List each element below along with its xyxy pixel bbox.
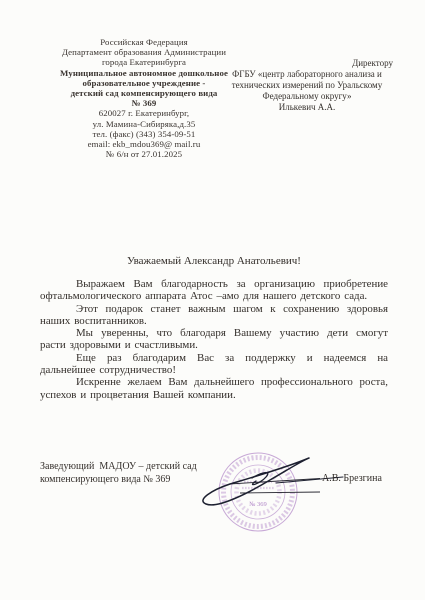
body-paragraph: Выражаем Вам благодарность за организаци… bbox=[40, 278, 388, 303]
signature-position-line: Заведующий МАДОУ – детский сад bbox=[40, 461, 197, 472]
signature-name: А.В. Брезгина bbox=[322, 473, 382, 484]
body-paragraph: Искренне желаем Вам дальнейшего професси… bbox=[40, 376, 388, 401]
letter-body: Выражаем Вам благодарность за организаци… bbox=[40, 278, 388, 401]
addressee-name: Илькевич А.А. bbox=[211, 102, 403, 113]
addressee-title: Директору bbox=[211, 58, 403, 69]
letter-page: Российская Федерация Департамент образов… bbox=[0, 0, 425, 600]
stamp-center-text: № 369 bbox=[249, 501, 267, 508]
addressee-line: Федеральному округу» bbox=[211, 91, 403, 102]
signature-position-line: компенсирующего вида № 369 bbox=[40, 474, 170, 485]
letterhead-line: Российская Федерация bbox=[33, 37, 255, 47]
addressee-block: Директору ФГБУ «центр лабораторного анал… bbox=[211, 58, 403, 113]
ref-number-date: № 6/н от 27.01.2025 bbox=[33, 149, 255, 159]
body-paragraph: Этот подарок станет важным шагом к сохра… bbox=[40, 303, 388, 328]
body-paragraph: Еще раз благодарим Вас за поддержку и на… bbox=[40, 352, 388, 377]
letterhead-line: Департамент образования Администрации bbox=[33, 47, 255, 57]
body-paragraph: Мы уверенны, что благодаря Вашему участи… bbox=[40, 327, 388, 352]
stamp-and-signature: № 369 bbox=[180, 430, 360, 545]
addressee-line: ФГБУ «центр лабораторного анализа и bbox=[211, 69, 403, 80]
org-address-line: ул. Мамина-Сибиряка,д.35 bbox=[33, 119, 255, 129]
org-phone: тел. (факс) (343) 354-09-51 bbox=[33, 129, 255, 139]
salutation: Уважаемый Александр Анатольевич! bbox=[40, 255, 388, 267]
org-email: email: ekb_mdou369@ mail.ru bbox=[33, 139, 255, 149]
addressee-line: технических измерений по Уральскому bbox=[211, 80, 403, 91]
